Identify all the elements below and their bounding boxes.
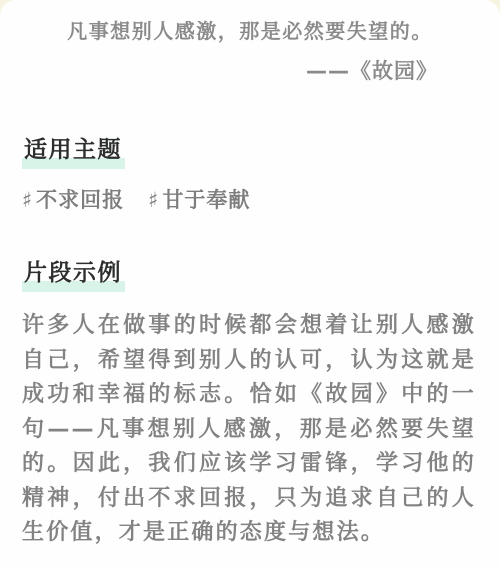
page: { "colors": { "backdrop_cream": "#f7f4e1…: [0, 0, 500, 568]
topic-tags-row: ♯不求回报 ♯甘于奉献: [22, 184, 500, 214]
hashtag-icon: ♯: [22, 188, 33, 212]
topic-tag-bu-qiu-hui-bao[interactable]: ♯不求回报: [22, 184, 124, 214]
quote-text: 凡事想别人感激，那是必然要失望的。: [62, 18, 438, 44]
topics-heading: 适用主题: [0, 135, 500, 169]
example-heading: 片段示例: [0, 258, 500, 292]
example-heading-label: 片段示例: [22, 258, 125, 292]
topic-tag-label: 不求回报: [36, 188, 124, 212]
topic-tag-label: 甘于奉献: [162, 188, 250, 212]
quote-block: 凡事想别人感激，那是必然要失望的。 ——《故园》: [0, 18, 500, 85]
note-card: 凡事想别人感激，那是必然要失望的。 ——《故园》 适用主题 ♯不求回报 ♯甘于奉…: [0, 0, 500, 568]
example-body-paragraph: 许多人在做事的时候都会想着让别人感激自己，希望得到别人的认可，认为这就是成功和幸…: [22, 309, 476, 551]
topics-heading-label: 适用主题: [22, 135, 125, 169]
topic-tag-gan-yu-feng-xian[interactable]: ♯甘于奉献: [148, 184, 250, 214]
quote-attribution: ——《故园》: [62, 55, 438, 85]
hashtag-icon: ♯: [148, 188, 159, 212]
